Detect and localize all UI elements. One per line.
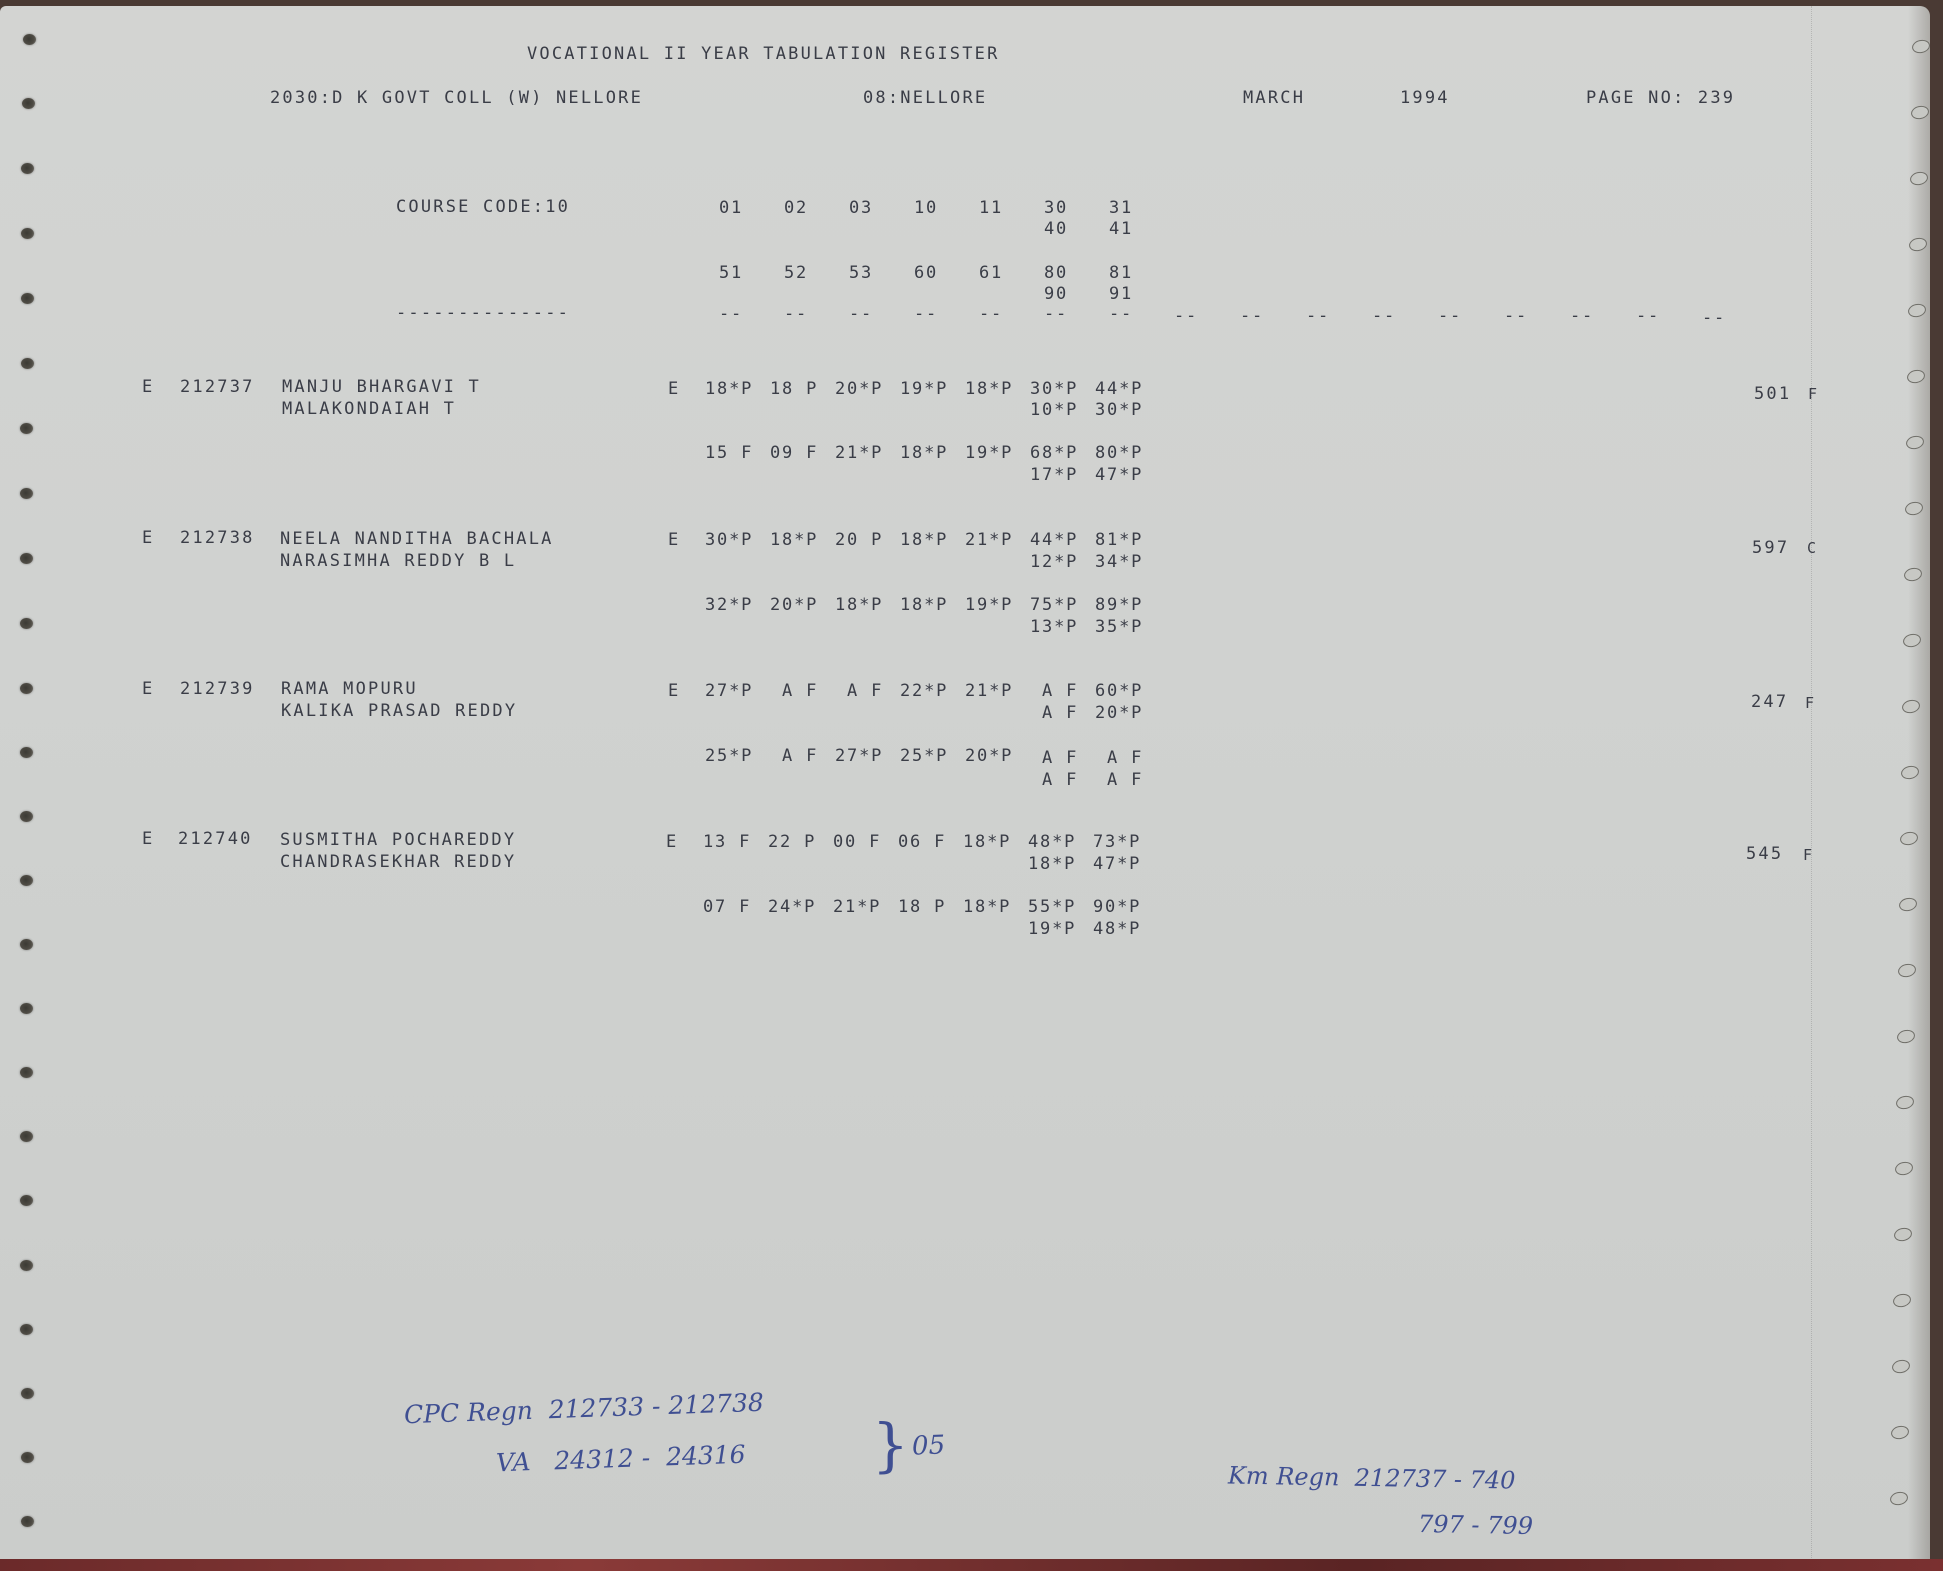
column-dash: -- [1372, 306, 1396, 326]
register-number: 212737 [180, 377, 255, 397]
register-page: VOCATIONAL II YEAR TABULATION REGISTER 2… [0, 6, 1930, 1562]
tractor-hole-icon [21, 228, 34, 239]
binder-edge [0, 1559, 1943, 1571]
mark-cell: 18*P [965, 379, 1013, 399]
subject-code: 01 [719, 198, 743, 218]
medium-code: E [142, 829, 154, 849]
result-grade: F [1805, 694, 1816, 712]
medium-code: E [142, 679, 154, 699]
mark-cell: 18*P [900, 595, 948, 615]
subject-code: 91 [1109, 284, 1133, 304]
mark-cell: 21*P [965, 530, 1013, 550]
mark-cell: 19*P [900, 379, 948, 399]
mark-cell: A F [1095, 748, 1143, 768]
column-dash: -- [1570, 306, 1594, 326]
subject-code: 53 [849, 263, 873, 283]
mark-cell: 34*P [1095, 552, 1143, 572]
mark-cell: 35*P [1095, 617, 1143, 637]
brace-icon: } [872, 1411, 909, 1479]
mark-cell: 20 P [835, 530, 883, 550]
handwritten-km-range-2: 797 - 799 [1418, 1510, 1533, 1540]
mark-cell: 25*P [900, 746, 948, 766]
mark-cell: 00 F [833, 832, 881, 852]
mark-cell: 75*P [1030, 595, 1078, 615]
tractor-hole-icon [20, 423, 33, 434]
mark-cell: 19*P [965, 595, 1013, 615]
subject-code: 52 [784, 263, 808, 283]
mark-cell: 18*P [835, 595, 883, 615]
mark-cell: 13 F [703, 832, 751, 852]
mark-cell: 44*P [1030, 530, 1078, 550]
handwritten-km-range: Km Regn 212737 - 740 [1228, 1461, 1516, 1494]
mark-cell: 81*P [1095, 530, 1143, 550]
mark-cell: 18 P [898, 897, 946, 917]
mark-cell: 48*P [1028, 832, 1076, 852]
tractor-hole-icon [20, 939, 33, 950]
district-name: 08:NELLORE [863, 88, 987, 108]
register-number: 212740 [178, 829, 253, 849]
tractor-hole-icon [20, 488, 33, 499]
register-title: VOCATIONAL II YEAR TABULATION REGISTER [527, 44, 1000, 64]
tractor-hole-icon [20, 1003, 33, 1014]
subject-code: 41 [1109, 219, 1133, 239]
mark-cell: 27*P [835, 746, 883, 766]
tractor-hole-icon [20, 1131, 33, 1142]
tractor-hole-icon [20, 618, 33, 629]
subject-code: 81 [1109, 263, 1133, 283]
mark-cell: 73*P [1093, 832, 1141, 852]
column-dash: -- [1044, 304, 1068, 324]
medium-code-2: E [666, 832, 678, 852]
handwritten-cpc-range: CPC Regn 212733 - 212738 [404, 1388, 765, 1430]
student-name: SUSMITHA POCHAREDDY [280, 830, 516, 850]
mark-cell: 21*P [833, 897, 881, 917]
mark-cell: 30*P [705, 530, 753, 550]
mark-cell: 21*P [835, 443, 883, 463]
subject-code: 02 [784, 198, 808, 218]
column-dash: -- [1702, 308, 1726, 328]
mark-cell: 19*P [1028, 919, 1076, 939]
column-dash: -- [784, 304, 808, 324]
tractor-hole-icon [20, 683, 33, 694]
tractor-hole-icon [1889, 1490, 1909, 1506]
course-separator: -------------- [396, 303, 570, 323]
column-dash: -- [1109, 304, 1133, 324]
mark-cell: 18*P [770, 530, 818, 550]
medium-code-2: E [668, 681, 680, 701]
mark-cell: 68*P [1030, 443, 1078, 463]
mark-cell: 22 P [768, 832, 816, 852]
column-dash: -- [1636, 306, 1660, 326]
tractor-hole-icon [20, 747, 33, 758]
tractor-hole-icon [21, 1388, 34, 1399]
mark-cell: 44*P [1095, 379, 1143, 399]
tractor-hole-icon [20, 1324, 33, 1335]
tractor-hole-icon [20, 1067, 33, 1078]
course-code-label: COURSE CODE:10 [396, 197, 570, 217]
parent-name: KALIKA PRASAD REDDY [281, 701, 517, 721]
mark-cell: 80*P [1095, 443, 1143, 463]
column-dash: -- [719, 304, 743, 324]
exam-month: MARCH [1243, 88, 1305, 108]
tractor-hole-icon [20, 553, 33, 564]
handwritten-va-range: VA 24312 - 24316 [496, 1440, 746, 1478]
mark-cell: 13*P [1030, 617, 1078, 637]
mark-cell: A F [770, 746, 818, 766]
mark-cell: A F [770, 681, 818, 701]
column-dash: -- [849, 304, 873, 324]
subject-code: 31 [1109, 198, 1133, 218]
mark-cell: 18*P [963, 897, 1011, 917]
column-dash: -- [1306, 306, 1330, 326]
mark-cell: 60*P [1095, 681, 1143, 701]
mark-cell: 18 P [770, 379, 818, 399]
mark-cell: 90*P [1093, 897, 1141, 917]
total-marks: 501 [1754, 384, 1791, 404]
subject-code: 80 [1044, 263, 1068, 283]
mark-cell: 24*P [768, 897, 816, 917]
tractor-hole-icon [21, 293, 34, 304]
mark-cell: 18*P [1028, 854, 1076, 874]
page-number-label: PAGE NO: 239 [1586, 88, 1735, 108]
total-marks: 597 [1752, 538, 1789, 558]
mark-cell: 20*P [770, 595, 818, 615]
tractor-hole-icon [20, 1260, 33, 1271]
subject-code: 61 [979, 263, 1003, 283]
subject-code: 90 [1044, 284, 1068, 304]
mark-cell: A F [1030, 770, 1078, 790]
result-grade: F [1808, 385, 1819, 403]
mark-cell: 20*P [1095, 703, 1143, 723]
mark-cell: 18*P [900, 530, 948, 550]
column-dash: -- [1504, 306, 1528, 326]
result-grade: F [1803, 846, 1814, 864]
medium-code-2: E [668, 379, 680, 399]
medium-code: E [142, 377, 154, 397]
student-name: RAMA MOPURU [281, 679, 418, 699]
result-grade: C [1807, 539, 1818, 557]
medium-code-2: E [668, 530, 680, 550]
mark-cell: A F [1030, 681, 1078, 701]
college-name: 2030:D K GOVT COLL (W) NELLORE [270, 88, 643, 108]
subject-code: 40 [1044, 219, 1068, 239]
exam-year: 1994 [1400, 88, 1450, 108]
mark-cell: 15 F [705, 443, 753, 463]
parent-name: CHANDRASEKHAR REDDY [280, 852, 516, 872]
tractor-hole-icon [22, 98, 35, 109]
parent-name: MALAKONDAIAH T [282, 399, 456, 419]
subject-code: 10 [914, 198, 938, 218]
tractor-hole-icon [20, 811, 33, 822]
tractor-hole-icon [20, 875, 33, 886]
mark-cell: 20*P [835, 379, 883, 399]
tractor-hole-icon [21, 358, 34, 369]
register-number: 212738 [180, 528, 255, 548]
mark-cell: 27*P [705, 681, 753, 701]
mark-cell: 32*P [705, 595, 753, 615]
mark-cell: 89*P [1095, 595, 1143, 615]
tractor-hole-icon [20, 1195, 33, 1206]
mark-cell: A F [835, 681, 883, 701]
subject-code: 60 [914, 263, 938, 283]
mark-cell: 30*P [1095, 400, 1143, 420]
mark-cell: 12*P [1030, 552, 1078, 572]
tractor-hole-icon [23, 34, 36, 45]
total-marks: 545 [1746, 844, 1783, 864]
column-dash: -- [1438, 306, 1462, 326]
mark-cell: 07 F [703, 897, 751, 917]
column-dash: -- [979, 304, 1003, 324]
mark-cell: 19*P [965, 443, 1013, 463]
page-number: 239 [1698, 88, 1735, 108]
mark-cell: 20*P [965, 746, 1013, 766]
mark-cell: 47*P [1095, 465, 1143, 485]
parent-name: NARASIMHA REDDY B L [280, 551, 516, 571]
mark-cell: 21*P [965, 681, 1013, 701]
subject-code: 51 [719, 263, 743, 283]
subject-code: 30 [1044, 198, 1068, 218]
mark-cell: 09 F [770, 443, 818, 463]
mark-cell: 18*P [900, 443, 948, 463]
page-label: PAGE NO: [1586, 88, 1685, 108]
subject-code: 11 [979, 198, 1003, 218]
mark-cell: 18*P [705, 379, 753, 399]
student-name: NEELA NANDITHA BACHALA [280, 529, 554, 549]
column-dash: -- [914, 304, 938, 324]
mark-cell: 06 F [898, 832, 946, 852]
mark-cell: 18*P [963, 832, 1011, 852]
mark-cell: 48*P [1093, 919, 1141, 939]
medium-code: E [142, 528, 154, 548]
mark-cell: A F [1095, 770, 1143, 790]
mark-cell: 10*P [1030, 400, 1078, 420]
mark-cell: 17*P [1030, 465, 1078, 485]
mark-cell: 30*P [1030, 379, 1078, 399]
mark-cell: 25*P [705, 746, 753, 766]
register-number: 212739 [180, 679, 255, 699]
perforation-line [1811, 6, 1812, 1562]
handwritten-count: 05 [911, 1430, 945, 1461]
total-marks: 247 [1751, 692, 1788, 712]
tractor-hole-icon [21, 163, 34, 174]
mark-cell: A F [1030, 703, 1078, 723]
student-name: MANJU BHARGAVI T [282, 377, 481, 397]
tractor-hole-icon [21, 1452, 34, 1463]
mark-cell: 55*P [1028, 897, 1076, 917]
mark-cell: 22*P [900, 681, 948, 701]
column-dash: -- [1174, 306, 1198, 326]
subject-code: 03 [849, 198, 873, 218]
mark-cell: 47*P [1093, 854, 1141, 874]
column-dash: -- [1240, 306, 1264, 326]
tractor-hole-icon [21, 1516, 34, 1527]
mark-cell: A F [1030, 748, 1078, 768]
